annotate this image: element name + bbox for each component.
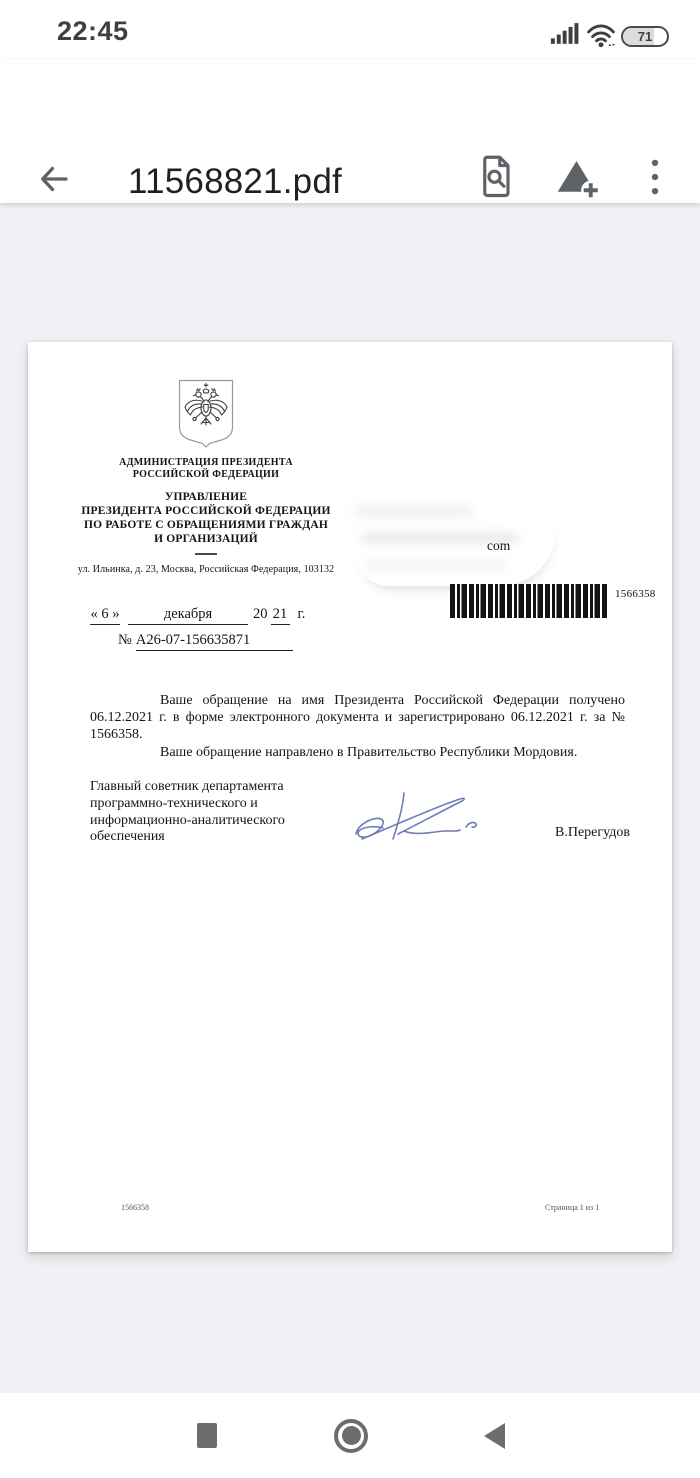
department-name: УПРАВЛЕНИЕ ПРЕЗИДЕНТА РОССИЙСКОЙ ФЕДЕРАЦ… xyxy=(58,490,354,546)
reg-prefix: № xyxy=(118,632,132,648)
back-nav-button[interactable] xyxy=(454,1393,534,1478)
registration-barcode xyxy=(450,584,607,618)
date-year-prefix: 20 xyxy=(253,606,268,625)
handwritten-signature xyxy=(346,786,504,850)
cell-signal-icon xyxy=(548,22,580,46)
russian-coat-of-arms-emblem xyxy=(177,378,235,448)
letterhead-divider xyxy=(195,553,217,555)
add-to-drive-button[interactable] xyxy=(553,158,603,202)
redacted-recipient-area xyxy=(356,482,556,586)
battery-indicator: 71 xyxy=(621,26,669,47)
more-vert-icon xyxy=(649,157,661,197)
home-circle-icon xyxy=(334,1419,368,1453)
org-address: ул. Ильинка, д. 23, Москва, Российская Ф… xyxy=(58,564,354,575)
recipient-email-fragment: com xyxy=(487,538,510,554)
pdf-page[interactable]: АДМИНИСТРАЦИЯ ПРЕЗИДЕНТА РОССИЙСКОЙ ФЕДЕ… xyxy=(28,342,672,1252)
date-line: « 6 » декабря 20 21 г. xyxy=(90,603,305,625)
find-in-document-button[interactable] xyxy=(476,152,516,202)
signer-title: Главный советник департамента программно… xyxy=(90,779,285,846)
reg-number: А26-07-156635871 xyxy=(136,632,293,651)
wifi-icon xyxy=(586,23,616,49)
redaction-smudge xyxy=(366,562,506,569)
letterhead: АДМИНИСТРАЦИЯ ПРЕЗИДЕНТА РОССИЙСКОЙ ФЕДЕ… xyxy=(58,378,354,575)
body-paragraph: Ваше обращение направлено в Правительств… xyxy=(90,744,625,761)
status-bar: 22:45 71 xyxy=(0,0,700,60)
page-footer-number: 1566358 xyxy=(121,1203,149,1212)
recents-square-icon xyxy=(197,1423,217,1448)
document-title: 11568821.pdf xyxy=(128,162,342,202)
redaction-smudge xyxy=(354,508,474,515)
registration-number-line: №А26-07-156635871 xyxy=(118,632,293,649)
date-day: « 6 » xyxy=(90,606,120,625)
page-footer-pagination: Страница 1 из 1 xyxy=(545,1203,599,1212)
recents-button[interactable] xyxy=(167,1393,247,1478)
add-to-drive-icon xyxy=(554,158,602,200)
back-arrow-icon xyxy=(36,161,72,197)
overflow-menu-button[interactable] xyxy=(642,156,668,200)
date-month: декабря xyxy=(128,606,248,625)
status-time: 22:45 xyxy=(57,16,129,47)
pdf-viewer[interactable]: АДМИНИСТРАЦИЯ ПРЕЗИДЕНТА РОССИЙСКОЙ ФЕДЕ… xyxy=(0,203,700,1393)
phone-screen: 22:45 71 xyxy=(0,0,700,1478)
back-button[interactable] xyxy=(34,160,74,200)
find-in-page-icon xyxy=(478,153,514,199)
back-triangle-icon xyxy=(484,1423,505,1449)
letter-body: Ваше обращение на имя Президента Российс… xyxy=(90,692,625,761)
signer-name: В.Перегудов xyxy=(555,825,630,841)
app-bar: 11568821.pdf xyxy=(0,60,700,203)
barcode-number: 1566358 xyxy=(615,588,656,600)
date-year-mark: г. xyxy=(298,606,306,625)
home-button[interactable] xyxy=(311,1393,391,1478)
date-year-suffix: 21 xyxy=(271,606,290,625)
org-name: АДМИНИСТРАЦИЯ ПРЕЗИДЕНТА РОССИЙСКОЙ ФЕДЕ… xyxy=(58,457,354,481)
body-paragraph: Ваше обращение на имя Президента Российс… xyxy=(90,692,625,744)
android-nav-bar xyxy=(0,1393,700,1478)
battery-percent: 71 xyxy=(623,28,667,45)
